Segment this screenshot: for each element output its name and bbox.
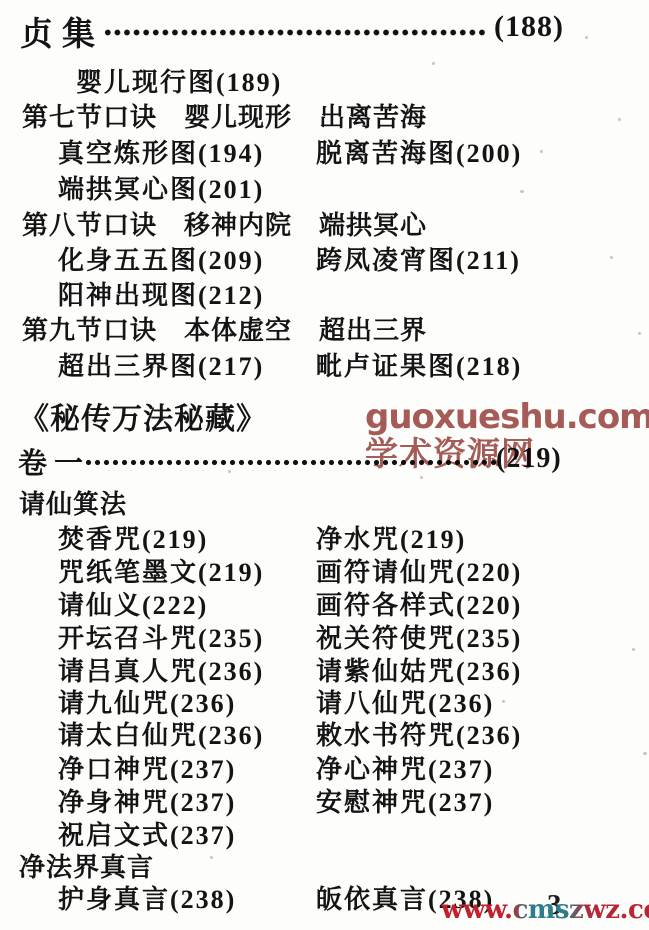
toc-item: 开坛召斗咒(235) [58, 618, 264, 655]
scan-speckle [638, 332, 641, 335]
toc-entry-collection: 贞集 (188) [0, 8, 649, 44]
toc-item-row: 请吕真人咒(236) 请紫仙姑咒(236) [0, 651, 649, 687]
toc-item: 净口神咒(237) [58, 749, 236, 786]
figure-row: 真空炼形图(194) 脱离苦海图(200) [0, 133, 649, 169]
toc-item: 画符各样式(220) [316, 585, 522, 622]
group-heading-text: 请仙箕法 [19, 484, 127, 521]
watermark-chinese-text: 学术资源网 [365, 436, 649, 472]
section-heading: 第九节口诀 本体虚空 超出三界 [0, 310, 649, 346]
scanned-toc-page: 贞集 (188) 婴儿现行图(189) 第七节口诀 婴儿现形 出离苦海 真空炼形… [0, 0, 649, 930]
scan-speckle [228, 470, 231, 473]
scan-speckle [210, 856, 213, 859]
watermark-domain-text: guoxueshu.com [365, 399, 649, 436]
toc-item: 护身真言(238) [58, 879, 236, 916]
figure-row: 超出三界图(217) 毗卢证果图(218) [0, 346, 649, 382]
toc-item: 画符请仙咒(220) [316, 552, 522, 589]
toc-item-row: 净身神咒(237) 安慰神咒(237) [0, 782, 649, 818]
section-heading-text: 第七节口诀 婴儿现形 出离苦海 [22, 97, 427, 134]
collection-label: 贞集 [20, 8, 104, 55]
figure-row: 化身五五图(209) 跨凤凌宵图(211) [0, 240, 649, 276]
section-heading-text: 第八节口诀 移神内院 端拱冥心 [22, 205, 427, 242]
toc-item-row: 开坛召斗咒(235) 祝关符使咒(235) [0, 618, 649, 654]
figure-row: 阳神出现图(212) [0, 275, 649, 311]
toc-item: 咒纸笔墨文(219) [58, 552, 264, 589]
figure-row: 婴儿现行图(189) [0, 62, 649, 98]
scan-speckle [618, 118, 621, 121]
toc-item: 请仙义(222) [58, 585, 208, 622]
toc-item-row: 净口神咒(237) 净心神咒(237) [0, 749, 649, 785]
figure-caption: 脱离苦海图(200) [316, 133, 522, 170]
toc-item: 焚香咒(219) [58, 519, 208, 556]
scan-speckle [502, 700, 505, 703]
group-heading: 请仙箕法 [0, 484, 649, 520]
toc-item: 净心神咒(237) [316, 749, 494, 786]
figure-caption: 真空炼形图(194) [58, 133, 264, 170]
scan-speckle [610, 256, 613, 259]
scan-speckle [540, 150, 543, 153]
toc-item: 敕水书符咒(236) [316, 715, 522, 752]
toc-item-row: 焚香咒(219) 净水咒(219) [0, 519, 649, 555]
figure-caption: 跨凤凌宵图(211) [316, 240, 521, 277]
page-number-ref: (188) [494, 10, 564, 44]
section-heading: 第八节口诀 移神内院 端拱冥心 [0, 205, 649, 241]
section-heading: 第七节口诀 婴儿现形 出离苦海 [0, 97, 649, 133]
scan-speckle [432, 62, 435, 65]
toc-item: 净身神咒(237) [58, 782, 236, 819]
watermark-cmszwz: www.cmszwz.com [441, 895, 649, 925]
toc-item: 净水咒(219) [316, 519, 466, 556]
toc-item-row: 咒纸笔墨文(219) 画符请仙咒(220) [0, 552, 649, 588]
figure-caption: 毗卢证果图(218) [316, 346, 522, 383]
dot-leader [103, 28, 488, 37]
volume-label: 卷一 [18, 441, 90, 482]
toc-item-row: 请九仙咒(236) 请八仙咒(236) [0, 683, 649, 719]
figure-row: 端拱冥心图(201) [0, 169, 649, 205]
toc-item: 祝关符使咒(235) [316, 618, 522, 655]
scan-speckle [643, 752, 647, 755]
scan-speckle [420, 476, 423, 479]
toc-item-row: 请太白仙咒(236) 敕水书符咒(236) [0, 715, 649, 751]
scan-speckle [632, 648, 635, 651]
toc-item-row: 祝启文式(237) [0, 815, 649, 851]
scan-speckle [585, 36, 588, 39]
toc-item: 安慰神咒(237) [316, 782, 494, 819]
figure-caption: 端拱冥心图(201) [58, 169, 264, 206]
watermark-guoxueshu: guoxueshu.com 学术资源网 [365, 399, 649, 471]
book-title-text: 《秘传万法秘藏》 [19, 394, 267, 438]
toc-item: 请太白仙咒(236) [58, 715, 264, 752]
figure-caption: 阳神出现图(212) [58, 275, 264, 312]
section-heading-text: 第九节口诀 本体虚空 超出三界 [22, 310, 427, 347]
scan-speckle [520, 190, 524, 193]
figure-caption: 婴儿现行图(189) [76, 62, 282, 99]
figure-caption: 化身五五图(209) [58, 240, 264, 277]
toc-item-row: 请仙义(222) 画符各样式(220) [0, 585, 649, 621]
figure-caption: 超出三界图(217) [58, 346, 264, 383]
group-heading: 净法界真言 [0, 847, 649, 883]
